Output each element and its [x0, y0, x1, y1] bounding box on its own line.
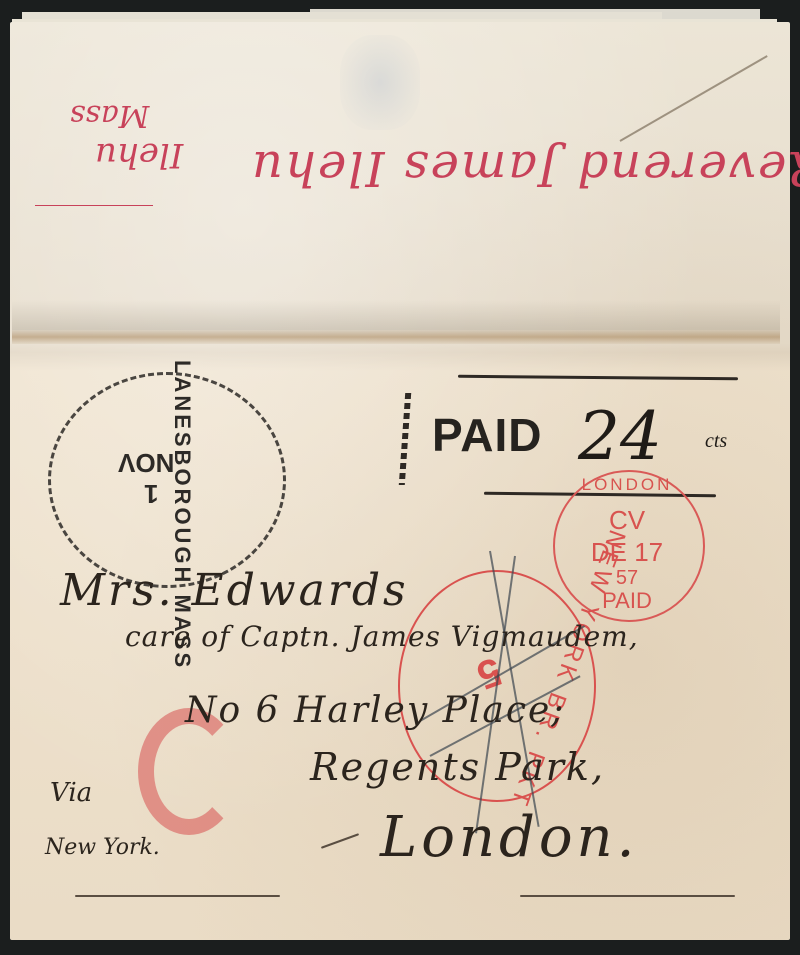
address-line-1: Mrs. Edwards — [60, 565, 409, 616]
rate-amount: 24 — [578, 398, 662, 475]
docket-name: Reverend James Ilehu — [250, 140, 800, 196]
address-line-4: Regents Park, — [310, 745, 605, 789]
london-postmark-year: 57 — [560, 567, 694, 590]
address-line-2: care of Captn. James Vigmaudem, — [125, 620, 639, 653]
docket-underline — [35, 205, 153, 206]
origin-postmark-month: NOV — [118, 447, 174, 478]
docket-place-line2: Ilehu — [95, 135, 183, 175]
docket-place-line1: Mass — [70, 98, 149, 133]
address-line-3: No 6 Harley Place; — [185, 690, 565, 731]
underline-flourish — [75, 895, 280, 897]
routing-line-1: Via — [50, 778, 92, 808]
horizontal-fold — [12, 330, 780, 344]
london-postmark-code: CV — [560, 505, 694, 536]
fold-shadow — [12, 300, 780, 330]
routing-line-2: New York. — [45, 835, 160, 860]
rate-unit: cts — [705, 430, 727, 453]
underline-flourish — [520, 895, 735, 897]
paid-handstamp: PAID — [432, 408, 543, 462]
address-line-5: London. — [380, 805, 638, 870]
london-postmark-town: LONDON — [560, 475, 694, 495]
wax-seal-remnant — [340, 35, 420, 130]
origin-postmark-day: 1 — [144, 478, 158, 509]
origin-postmark-ring — [48, 372, 286, 588]
